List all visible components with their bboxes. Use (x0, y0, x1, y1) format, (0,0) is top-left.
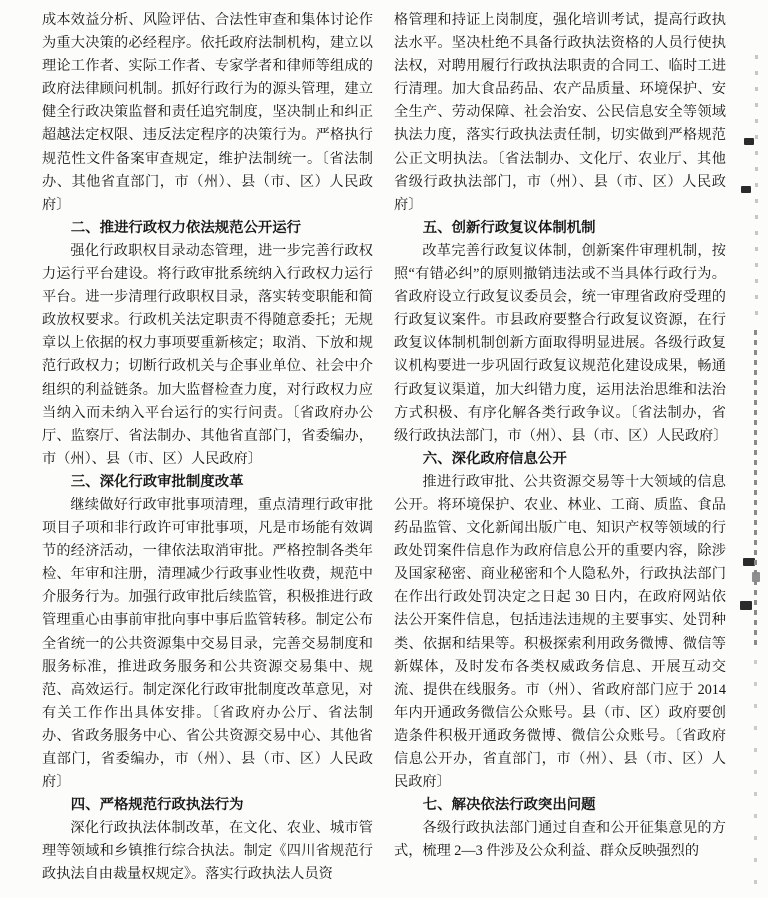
section-heading-2: 二、推进行政权力依法规范公开运行 (42, 217, 373, 240)
scan-artifact-strip (754, 660, 757, 890)
paragraph: 推进行政审批、公共资源交易等十大领域的信息公开。将环境保护、农业、林业、工商、质… (394, 471, 726, 794)
paragraph-continuation: 成本效益分析、风险评估、合法性审查和集体讨论作为重大决策的必经程序。依托政府法制… (42, 9, 373, 217)
paragraph: 各级行政执法部门通过自查和公开征集意见的方式，梳理 2—3 件涉及公众利益、群众… (394, 817, 726, 863)
paragraph: 深化行政执法体制改革，在文化、农业、城市管理等领域和乡镇推行综合执法。制定《四川… (42, 817, 373, 886)
section-heading-5: 五、创新行政复议体制机制 (394, 217, 726, 240)
section-heading-6: 六、深化政府信息公开 (394, 448, 726, 471)
paragraph: 强化行政职权目录动态管理，进一步完善行政权力运行平台建设。将行政审批系统纳入行政… (42, 240, 373, 471)
scanned-document-page: 成本效益分析、风险评估、合法性审查和集体讨论作为重大决策的必经程序。依托政府法制… (0, 0, 768, 898)
section-heading-3: 三、深化行政审批制度改革 (42, 471, 373, 494)
scan-artifact (740, 601, 752, 610)
scan-artifact-strip (754, 330, 757, 650)
scan-artifact-strip (755, 55, 758, 315)
section-heading-7: 七、解决依法行政突出问题 (394, 794, 726, 817)
section-heading-4: 四、严格规范行政执法行为 (42, 794, 373, 817)
paragraph: 继续做好行政审批事项清理，重点清理行政审批项目子项和非行政许可审批事项，凡是市场… (42, 494, 373, 794)
right-text-column: 格管理和持证上岗制度，强化培训考试，提高行政执法水平。坚决杜绝不具备行政执法资格… (394, 9, 726, 863)
left-text-column: 成本效益分析、风险评估、合法性审查和集体讨论作为重大决策的必经程序。依托政府法制… (42, 9, 373, 887)
paragraph: 改革完善行政复议体制，创新案件审理机制，按照“有错必纠”的原则撤销违法或不当具体… (394, 240, 726, 448)
scan-artifact (744, 138, 754, 145)
paragraph-continuation: 格管理和持证上岗制度，强化培训考试，提高行政执法水平。坚决杜绝不具备行政执法资格… (394, 9, 726, 217)
scan-artifact (741, 186, 751, 193)
